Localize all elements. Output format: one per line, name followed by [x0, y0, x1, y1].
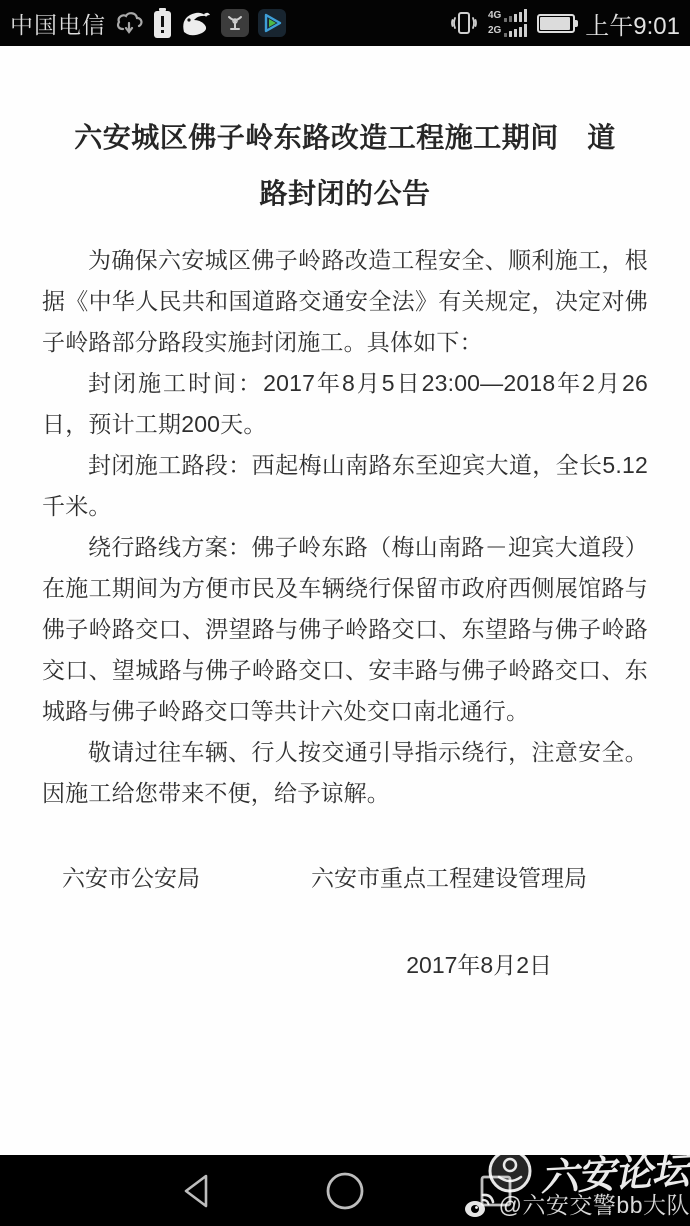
dual-sim-signal-icon: 4G 2G	[488, 9, 527, 37]
doc-paragraph-detour: 绕行路线方案：佛子岭东路（梅山南路－迎宾大道段）在施工期间为方便市民及车辆绕行保…	[42, 527, 648, 732]
announcement-document: 六安城区佛子岭东路改造工程施工期间 道 路封闭的公告 为确保六安城区佛子岭路改造…	[0, 46, 690, 1155]
weibo-icon	[463, 1189, 495, 1219]
video-player-app-icon	[258, 9, 286, 37]
doc-paragraph-notice: 敬请过往车辆、行人按交通引导指示绕行，注意安全。因施工给您带来不便，给予谅解。	[42, 732, 648, 814]
document-title-line2: 路封闭的公告	[259, 178, 430, 209]
signal-2g-label: 2G	[488, 24, 501, 37]
home-circle-icon	[324, 1170, 366, 1212]
weibo-watermark: @六安交警bb大队	[463, 1187, 690, 1220]
carrier-label: 中国电信	[10, 7, 106, 40]
document-title: 六安城区佛子岭东路改造工程施工期间 道 路封闭的公告	[42, 110, 648, 222]
android-nav-bar: 六安论坛 @六安交警bb大队	[0, 1155, 690, 1226]
signature-row: 六安市公安局 六安市重点工程建设管理局	[42, 860, 648, 893]
signature-public-security-bureau: 六安市公安局	[62, 860, 200, 893]
vibrate-mode-icon	[450, 9, 478, 37]
weibo-handle-watermark: @六安交警bb大队	[499, 1187, 690, 1220]
battery-alert-icon	[154, 11, 171, 38]
home-button[interactable]	[310, 1155, 380, 1226]
signal-4g-label: 4G	[488, 9, 501, 22]
signal-bars-sim2	[504, 24, 527, 37]
status-bar: 中国电信	[0, 0, 690, 46]
doc-paragraph-intro: 为确保六安城区佛子岭路改造工程安全、顺利施工，根据《中华人民共和国道路交通安全法…	[42, 240, 648, 363]
y-antenna-app-icon	[221, 9, 249, 37]
back-triangle-icon	[179, 1172, 213, 1210]
doc-paragraph-section: 封闭施工路段：西起梅山南路东至迎宾大道，全长5.12千米。	[42, 445, 648, 527]
status-time: 上午9:01	[585, 6, 680, 41]
signature-key-projects-bureau: 六安市重点工程建设管理局	[311, 860, 587, 893]
uc-browser-squirrel-icon	[180, 8, 212, 38]
document-body: 为确保六安城区佛子岭路改造工程安全、顺利施工，根据《中华人民共和国道路交通安全法…	[42, 240, 648, 814]
doc-paragraph-time: 封闭施工时间：2017年8月5日23:00—2018年2月26日，预计工期200…	[42, 363, 648, 445]
status-bar-right: 4G 2G 上午9:01	[450, 6, 680, 41]
phone-screen: 中国电信	[0, 0, 690, 1226]
status-bar-left: 中国电信	[10, 7, 286, 40]
document-date: 2017年8月2日	[42, 947, 648, 980]
document-title-line1: 六安城区佛子岭东路改造工程施工期间 道	[74, 122, 616, 153]
cloud-sync-icon	[115, 10, 145, 36]
signal-bars-sim1	[504, 9, 527, 22]
back-button[interactable]	[161, 1155, 231, 1226]
battery-level-icon	[537, 14, 575, 33]
